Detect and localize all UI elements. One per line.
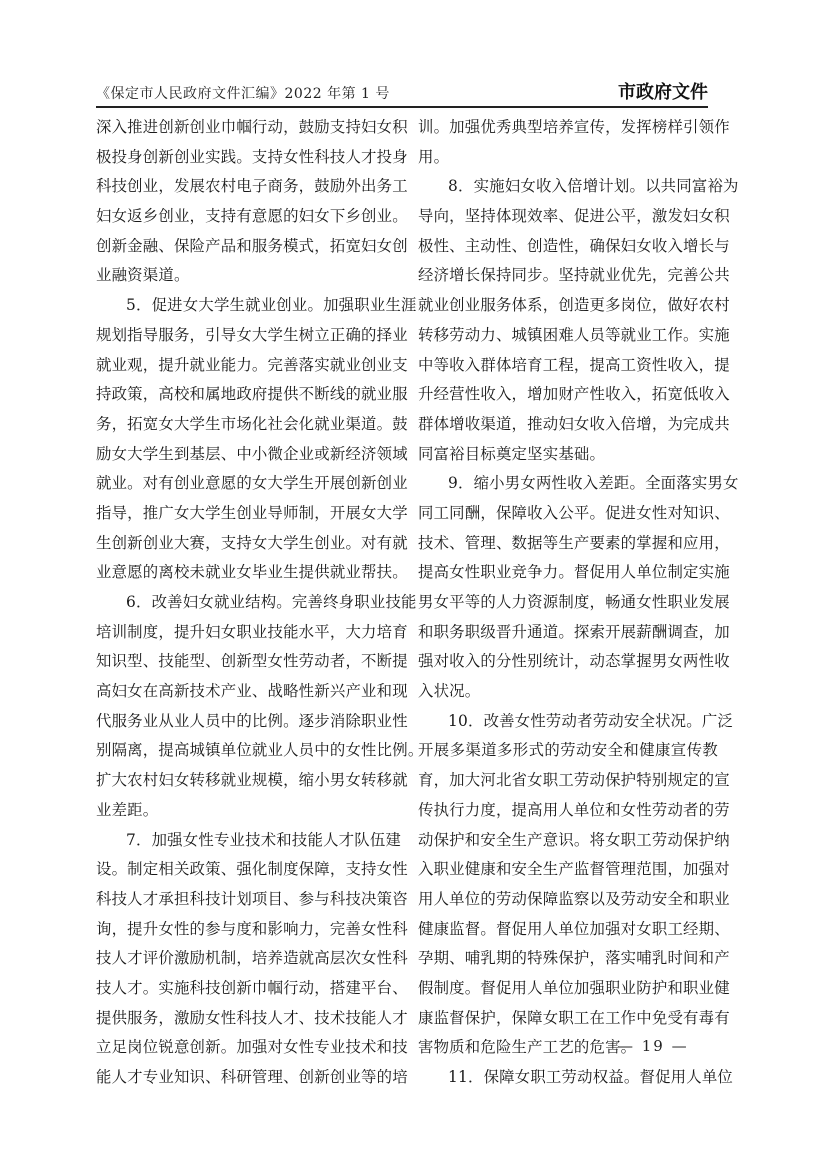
text-line: 能人才专业知识、科研管理、创新创业等的培 [96, 1063, 396, 1093]
text-line: 育，加大河北省女职工劳动保护特别规定的宣 [418, 766, 718, 796]
text-line: 孕期、哺乳期的特殊保护，落实哺乳时间和产 [418, 944, 718, 974]
text-line: 转移劳动力、城镇困难人员等就业工作。实施 [418, 321, 718, 351]
text-line: 励女大学生到基层、中小微企业或新经济领域 [96, 440, 396, 470]
text-line: 就业观，提升就业能力。完善落实就业创业支 [96, 351, 396, 381]
text-line: 扩大农村妇女转移就业规模，缩小男女转移就 [96, 766, 396, 796]
left-column: 深入推进创新创业巾帼行动，鼓励支持妇女积极投身创新创业实践。支持女性科技人才投身… [96, 113, 396, 1093]
text-line: 同富裕目标奠定坚实基础。 [418, 440, 718, 470]
text-line: 入状况。 [418, 677, 718, 707]
text-line: 科技人才承担科技计划项目、参与科技决策咨 [96, 885, 396, 915]
text-line: 传执行力度，提高用人单位和女性劳动者的劳 [418, 796, 718, 826]
paragraph-first-line: 8．实施妇女收入倍增计划。以共同富裕为 [418, 172, 718, 202]
text-line: 健康监督。督促用人单位加强对女职工经期、 [418, 915, 718, 945]
text-line: 和职务职级晋升通道。探索开展薪酬调查，加 [418, 618, 718, 648]
paragraph-first-line: 10．改善女性劳动者劳动安全状况。广泛 [418, 707, 718, 737]
text-line: 技人才。实施科技创新巾帼行动，搭建平台、 [96, 974, 396, 1004]
text-line: 导向，坚持体现效率、促进公平，激发妇女积 [418, 202, 718, 232]
text-line: 用。 [418, 143, 718, 173]
text-line: 妇女返乡创业，支持有意愿的妇女下乡创业。 [96, 202, 396, 232]
text-line: 业意愿的离校未就业女毕业生提供就业帮扶。 [96, 558, 396, 588]
text-line: 升经营性收入，增加财产性收入，拓宽低收入 [418, 380, 718, 410]
right-column: 训。加强优秀典型培养宣传，发挥榜样引领作用。8．实施妇女收入倍增计划。以共同富裕… [418, 113, 718, 1093]
paragraph-first-line: 5．促进女大学生就业创业。加强职业生涯 [96, 291, 396, 321]
text-line: 务，拓宽女大学生市场化社会化就业渠道。鼓 [96, 410, 396, 440]
text-line: 询，提升女性的参与度和影响力，完善女性科 [96, 915, 396, 945]
text-line: 科技创业，发展农村电子商务，鼓励外出务工 [96, 172, 396, 202]
text-line: 提供服务，激励女性科技人才、技术技能人才 [96, 1004, 396, 1034]
text-line: 业差距。 [96, 796, 396, 826]
text-line: 业融资渠道。 [96, 261, 396, 291]
text-line: 群体增收渠道，推动妇女收入倍增，为完成共 [418, 410, 718, 440]
section-title: 市政府文件 [618, 78, 708, 104]
text-line: 技人才评价激励机制，培养造就高层次女性科 [96, 944, 396, 974]
text-line: 设。制定相关政策、强化制度保障，支持女性 [96, 855, 396, 885]
text-line: 就业创业服务体系，创造更多岗位，做好农村 [418, 291, 718, 321]
text-line: 强对收入的分性别统计，动态掌握男女两性收 [418, 647, 718, 677]
text-line: 男女平等的人力资源制度，畅通女性职业发展 [418, 588, 718, 618]
paragraph-first-line: 7．加强女性专业技术和技能人才队伍建 [96, 826, 396, 856]
text-line: 训。加强优秀典型培养宣传，发挥榜样引领作 [418, 113, 718, 143]
text-line: 技术、管理、数据等生产要素的掌握和应用， [418, 529, 718, 559]
text-line: 极投身创新创业实践。支持女性科技人才投身 [96, 143, 396, 173]
paragraph-first-line: 9．缩小男女两性收入差距。全面落实男女 [418, 469, 718, 499]
paragraph-first-line: 11．保障女职工劳动权益。督促用人单位 [418, 1063, 718, 1093]
text-line: 培训制度，提升妇女职业技能水平，大力培育 [96, 618, 396, 648]
text-line: 立足岗位锐意创新。加强对女性专业技术和技 [96, 1033, 396, 1063]
text-line: 中等收入群体培育工程，提高工资性收入，提 [418, 351, 718, 381]
text-line: 康监督保护，保障女职工在工作中免受有毒有 [418, 1004, 718, 1034]
text-line: 规划指导服务，引导女大学生树立正确的择业 [96, 321, 396, 351]
text-line: 入职业健康和安全生产监督管理范围，加强对 [418, 855, 718, 885]
text-line: 开展多渠道多形式的劳动安全和健康宣传教 [418, 736, 718, 766]
text-line: 动保护和安全生产意识。将女职工劳动保护纳 [418, 826, 718, 856]
text-line: 经济增长保持同步。坚持就业优先，完善公共 [418, 261, 718, 291]
text-line: 就业。对有创业意愿的女大学生开展创新创业 [96, 469, 396, 499]
text-line: 假制度。督促用人单位加强职业防护和职业健 [418, 974, 718, 1004]
text-line: 同工同酬，保障收入公平。促进女性对知识、 [418, 499, 718, 529]
text-line: 高妇女在高新技术产业、战略性新兴产业和现 [96, 677, 396, 707]
text-line: 持政策，高校和属地政府提供不断线的就业服 [96, 380, 396, 410]
publication-title: 《保定市人民政府文件汇编》2022 年第 1 号 [96, 83, 390, 103]
text-line: 生创新创业大赛，支持女大学生创业。对有就 [96, 529, 396, 559]
text-line: 指导，推广女大学生创业导师制，开展女大学 [96, 499, 396, 529]
text-line: 代服务业从业人员中的比例。逐步消除职业性 [96, 707, 396, 737]
text-line: 创新金融、保险产品和服务模式，拓宽妇女创 [96, 232, 396, 262]
text-line: 别隔离，提高城镇单位就业人员中的女性比例。 [96, 736, 396, 766]
text-line: 提高女性职业竞争力。督促用人单位制定实施 [418, 558, 718, 588]
text-line: 深入推进创新创业巾帼行动，鼓励支持妇女积 [96, 113, 396, 143]
page-number: — 19 — [618, 1037, 689, 1055]
text-line: 极性、主动性、创造性，确保妇女收入增长与 [418, 232, 718, 262]
paragraph-first-line: 6．改善妇女就业结构。完善终身职业技能 [96, 588, 396, 618]
text-line: 知识型、技能型、创新型女性劳动者，不断提 [96, 647, 396, 677]
text-line: 用人单位的劳动保障监察以及劳动安全和职业 [418, 885, 718, 915]
running-header: 《保定市人民政府文件汇编》2022 年第 1 号 市政府文件 [96, 80, 708, 108]
